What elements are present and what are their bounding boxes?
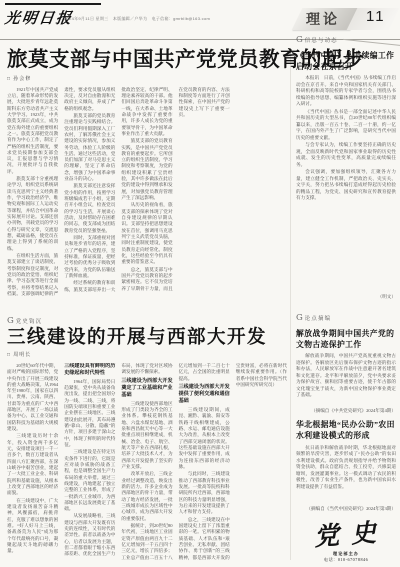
body-paragraph: 三线建设期间，成昆、湘黔、襄渝、阳安等铁路干线相继建成，公路、水运、邮电通信设施… <box>179 407 230 470</box>
article2-body: 20世纪60年代中期，面对严峻的国际形势，党中央作出了开展三线建设的重大战略决策… <box>7 363 287 561</box>
body-paragraph: 三线建设使西部地区形成了门类较为齐全的工业体系。攀枝花钢铁基地、六盘水煤炭基地、… <box>121 401 172 471</box>
sidebar-sec2-label: 论点摘编 <box>305 314 331 322</box>
g-column-icon: G <box>296 314 303 323</box>
party-history-masthead: 党史 理论部主办 电话：010-67078846 <box>296 521 396 563</box>
body-paragraph: 旅莫支部十分重视理论学习，组织党员系统研读马克思列宁主义经典著作，学习政治经济学… <box>7 176 58 252</box>
masthead-topline <box>5 3 101 5</box>
digest-item2-title: 华北根据地“民办公助”农田水利建设模式的形成 <box>296 419 396 442</box>
body-paragraph: 三线建设是在特定历史条件下进行的，它既是应对战争威胁的战备工程，也是调整全国生产… <box>64 449 115 512</box>
g-column-icon: G <box>296 36 303 45</box>
digest-item2-body: 抗日战争和解放战争时期，华北根据地面对频繁的旱涝灾害，逐步形成了“民办公助”的农… <box>296 445 396 505</box>
newspaper-page: { "header": { "masthead": "光明日报", "datel… <box>0 0 400 567</box>
sidebar-divider <box>290 48 291 560</box>
party-history-phone: 电话：010-67078846 <box>296 557 396 563</box>
body-paragraph: 从历史的视角看，旅莫支部的探索体现了党对自身建设规律的早期认识。支部坚持把思想建… <box>121 202 172 265</box>
sidebar-news-title: 《当代中国》丛书续编工作启动会在京召开 <box>296 50 396 73</box>
body-paragraph: 改革开放后，三线企业经过调整改造，焕发出新的活力。许多企业成为西部地区的骨干力量… <box>121 471 172 522</box>
body-paragraph: 三线建设历时十余年，投入资金两千多亿元，安排建设项目一千一百多个，数百万建设者从… <box>7 433 58 496</box>
g-column-icon: G <box>7 317 14 326</box>
sidebar-sec2-label-row: G 论点摘编 <box>296 314 396 323</box>
article1-title: 旅莫支部与中国共产党党员教育的起步 <box>7 49 287 72</box>
digest-item2-source: （摘编自《当代中国史研究》2024年第3期） <box>296 506 396 512</box>
body-paragraph: 同时，支部重视对团员和进步青年的培养，建立了严格的入党程序，坚持标准，保证质量，… <box>64 235 115 279</box>
body-paragraph: 与此同时，三线建设推动了西部教育科技事业发展。一批高等院校和科研院所内迁西部，西… <box>179 471 230 515</box>
body-subheading: 三线建设为西部大开发提供了便利交通和通信基础 <box>179 384 230 405</box>
page-number: 11 <box>366 8 386 25</box>
body-paragraph: 本报讯 日前，《当代中国》丛书续编工作启动会在京召开。来自中央和国家机关有关部门… <box>296 75 396 108</box>
body-paragraph: 在三线建设中，广大建设者发扬艰苦奋斗精神，风餐露宿，肩挑背扛，克服了难以想象的困… <box>7 498 58 555</box>
body-subheading: 三线建设具有鲜明的历史缘起和时代特性 <box>64 363 115 377</box>
body-paragraph: 1921年中国共产党成立后，随着革命形势的发展，大批进步青年远赴莫斯科东方劳动者… <box>7 87 58 176</box>
sidebar-news-body: 本报讯 日前，《当代中国》丛书续编工作启动会在京召开。来自中央和国家机关有关部门… <box>296 75 396 293</box>
dateline: 2024年9月11日 星期三 本版编辑／户华为 电子信箱：gmrbllb@163… <box>64 16 210 22</box>
digest-item1-source: （摘编自《中共党史研究》2024年第4期） <box>296 408 396 414</box>
article1-byline: □ 孙会修 <box>7 75 287 82</box>
body-paragraph: 会议强调，要加强组织领导，汇聚各方力量，建立健全工作机制，严把政治关、史实关、文… <box>296 169 396 202</box>
article1-body: 1921年中国共产党成立后，随着革命形势的发展，大批进步青年远赴莫斯科东方劳动者… <box>7 87 287 298</box>
article-third-front: G 党史钩沉 三线建设的开展与西部大开发 □ 周明长 20世纪60年代中期，面对… <box>7 317 287 561</box>
article2-section-label-row: G 党史钩沉 <box>7 317 287 326</box>
sidebar-news-signature: （明文） <box>296 294 396 300</box>
digest-item1-body: 解放战争期间，中国共产党高度重视文物古迹保护。各解放区先后颁布保护文物古迹的指示… <box>296 353 396 407</box>
sidebar-digest-section: G 论点摘编 解放战争期间中国共产党的文物古迹保护工作 解放战争期间，中国共产党… <box>296 314 396 512</box>
section-title: 理论 <box>306 9 340 29</box>
body-paragraph: 旅莫支部的党员教育注重理论与实践相结合。党员们利用假期深入工厂农村，了解苏俄社会… <box>64 113 115 183</box>
body-paragraph: 抗日战争和解放战争时期，华北根据地面对频繁的旱涝灾害，逐步形成了“民办公助”的农… <box>296 445 396 491</box>
body-subheading: 三线建设为西部大开发奠定了工业基础和产业基础 <box>121 378 172 399</box>
sidebar-sec1-label: 信息与动态 <box>305 36 338 44</box>
body-paragraph: 旅莫支部还注意发挥党小组的作用，按照学习班级编成若干小组，定期召开小组会议，检查… <box>64 183 115 234</box>
party-history-calligraphy: 党史 <box>295 518 397 552</box>
article2-title: 三线建设的开展与西部大开发 <box>7 328 287 348</box>
body-paragraph: 《当代中国》丛书是一部全面记述中华人民共和国历史的大型丛书，自20世纪80年代组… <box>296 109 396 142</box>
sidebar-sec1-label-row: G 信息与动态 <box>296 36 396 45</box>
body-paragraph: 旅莫支部的党员教育实践，是中国共产党党员教育的重要起步。它所创立的组织生活制度、… <box>121 138 172 201</box>
article2-section-label: 党史钩沉 <box>16 317 42 325</box>
sidebar-news-section: G 信息与动态 《当代中国》丛书续编工作启动会在京召开 本报讯 日前，《当代中国… <box>296 36 396 300</box>
body-paragraph: 解放战争期间，中国共产党高度重视文物古迹保护。各解放区先后颁布保护文物古迹的指示… <box>296 353 396 399</box>
body-paragraph: 20世纪60年代中期，面对严峻的国际形势，党中央作出了开展三线建设的重大战略决策… <box>7 363 58 433</box>
body-paragraph: 1964年，国际局势日趋紧张，党中央从战备角度出发，提出把全国划分为一线、二线、… <box>64 379 115 449</box>
body-paragraph: 与会专家认为，续编工作要坚持正确的历史观，全面反映新时代党和国家事业取得的历史性… <box>296 142 396 168</box>
article2-byline: □ 周明长 <box>7 351 287 358</box>
digest-item1-title: 解放战争期间中国共产党的文物古迹保护工作 <box>296 328 396 351</box>
article-lvmo-branch: 旅莫支部与中国共产党党员教育的起步 □ 孙会修 1921年中国共产党成立后，随着… <box>7 49 287 298</box>
